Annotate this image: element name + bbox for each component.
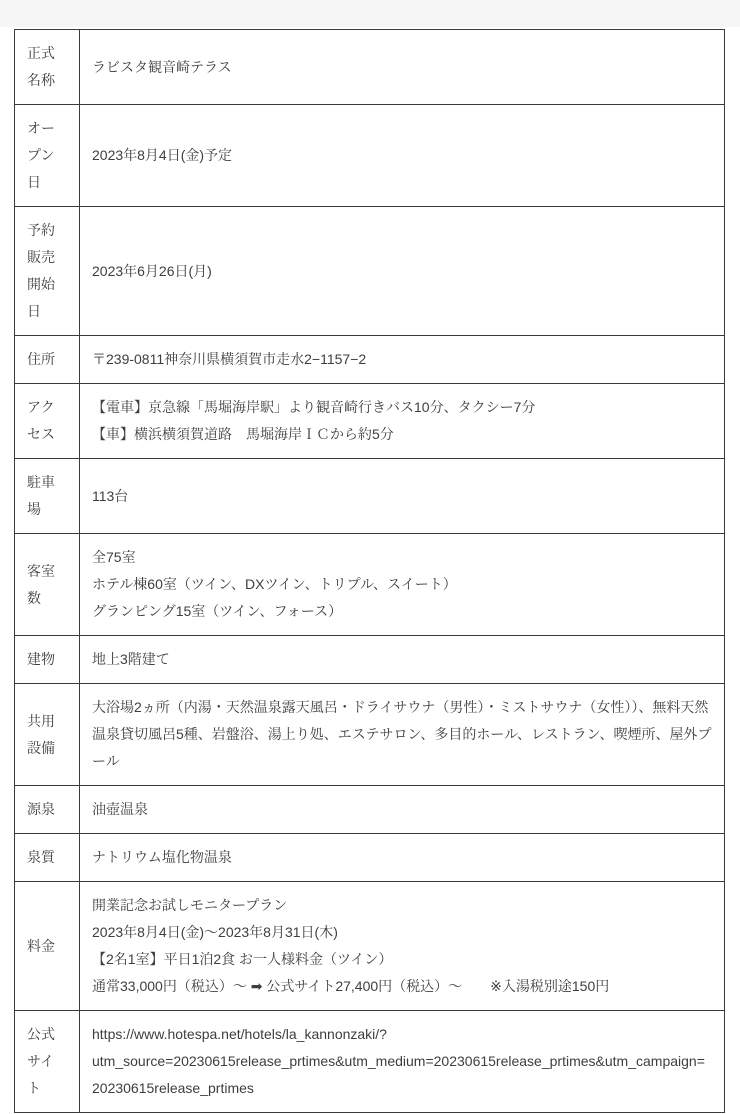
value-line: 2023年6月26日(月) — [92, 258, 712, 285]
value-line: 【車】横浜横須賀道路 馬堀海岸ＩＣから約5分 — [92, 421, 712, 448]
info-table-body: 正式名称 ラビスタ観音崎テラス オープン日 2023年8月4日(金)予定 予約販… — [15, 30, 725, 1113]
row-value: 2023年6月26日(月) — [80, 207, 725, 336]
row-label: 泉質 — [15, 834, 80, 882]
value-line: 油壺温泉 — [92, 796, 712, 823]
table-row: 源泉 油壺温泉 — [15, 786, 725, 834]
row-value: 113台 — [80, 459, 725, 534]
table-row: 泉質 ナトリウム塩化物温泉 — [15, 834, 725, 882]
value-line: ナトリウム塩化物温泉 — [92, 844, 712, 871]
table-row: 予約販売開始日 2023年6月26日(月) — [15, 207, 725, 336]
value-line: 【電車】京急線「馬堀海岸駅」より観音崎行きバス10分、タクシー7分 — [92, 394, 712, 421]
hotel-info-table: 正式名称 ラビスタ観音崎テラス オープン日 2023年8月4日(金)予定 予約販… — [14, 29, 725, 1113]
row-value: 油壺温泉 — [80, 786, 725, 834]
value-line: 【2名1室】平日1泊2食 お一人様料金（ツイン） — [92, 946, 712, 973]
row-label: 建物 — [15, 636, 80, 684]
value-line: 2023年8月4日(金)～2023年8月31日(木) — [92, 919, 712, 946]
row-value: 開業記念お試しモニタープラン2023年8月4日(金)～2023年8月31日(木)… — [80, 882, 725, 1011]
row-label: 正式名称 — [15, 30, 80, 105]
table-row: 料金 開業記念お試しモニタープラン2023年8月4日(金)～2023年8月31日… — [15, 882, 725, 1011]
value-line: 開業記念お試しモニタープラン — [92, 892, 712, 919]
table-row: 駐車場 113台 — [15, 459, 725, 534]
value-line: 2023年8月4日(金)予定 — [92, 142, 712, 169]
table-row: 公式サイト https://www.hotespa.net/hotels/la_… — [15, 1011, 725, 1113]
row-label: 料金 — [15, 882, 80, 1011]
page: 正式名称 ラビスタ観音崎テラス オープン日 2023年8月4日(金)予定 予約販… — [0, 0, 740, 1114]
row-value: 〒239-0811神奈川県横須賀市走水2−1157−2 — [80, 336, 725, 384]
table-container: 正式名称 ラビスタ観音崎テラス オープン日 2023年8月4日(金)予定 予約販… — [0, 27, 740, 1114]
table-row: アクセス 【電車】京急線「馬堀海岸駅」より観音崎行きバス10分、タクシー7分【車… — [15, 384, 725, 459]
row-value: https://www.hotespa.net/hotels/la_kannon… — [80, 1011, 725, 1113]
value-line: グランピング15室（ツイン、フォース） — [92, 598, 712, 625]
row-value: 大浴場2ヵ所（内湯・天然温泉露天風呂・ドライサウナ（男性）・ミストサウナ（女性）… — [80, 684, 725, 786]
row-label: アクセス — [15, 384, 80, 459]
row-label: 共用設備 — [15, 684, 80, 786]
row-label: オープン日 — [15, 105, 80, 207]
row-label: 駐車場 — [15, 459, 80, 534]
row-value: ラビスタ観音崎テラス — [80, 30, 725, 105]
value-line: 113台 — [92, 483, 712, 510]
row-label: 住所 — [15, 336, 80, 384]
value-line: 全75室 — [92, 544, 712, 571]
table-row: 建物 地上3階建て — [15, 636, 725, 684]
value-line: ホテル棟60室（ツイン、DXツイン、トリプル、スイート） — [92, 571, 712, 598]
row-value: 地上3階建て — [80, 636, 725, 684]
row-value: ナトリウム塩化物温泉 — [80, 834, 725, 882]
value-line: ラビスタ観音崎テラス — [92, 54, 712, 81]
value-line: 通常33,000円（税込）～ ➡ 公式サイト27,400円（税込）～ ※入湯税別… — [92, 973, 712, 1000]
table-row: 住所 〒239-0811神奈川県横須賀市走水2−1157−2 — [15, 336, 725, 384]
value-line: 〒239-0811神奈川県横須賀市走水2−1157−2 — [92, 346, 712, 373]
top-margin-band — [0, 0, 740, 27]
row-label: 源泉 — [15, 786, 80, 834]
row-label: 予約販売開始日 — [15, 207, 80, 336]
row-value: 【電車】京急線「馬堀海岸駅」より観音崎行きバス10分、タクシー7分【車】横浜横須… — [80, 384, 725, 459]
table-row: 正式名称 ラビスタ観音崎テラス — [15, 30, 725, 105]
value-line: https://www.hotespa.net/hotels/la_kannon… — [92, 1021, 712, 1102]
value-line: 大浴場2ヵ所（内湯・天然温泉露天風呂・ドライサウナ（男性）・ミストサウナ（女性）… — [92, 694, 712, 775]
row-label: 客室数 — [15, 534, 80, 636]
table-row: 客室数 全75室ホテル棟60室（ツイン、DXツイン、トリプル、スイート）グランピ… — [15, 534, 725, 636]
table-row: 共用設備 大浴場2ヵ所（内湯・天然温泉露天風呂・ドライサウナ（男性）・ミストサウ… — [15, 684, 725, 786]
row-value: 全75室ホテル棟60室（ツイン、DXツイン、トリプル、スイート）グランピング15… — [80, 534, 725, 636]
row-value: 2023年8月4日(金)予定 — [80, 105, 725, 207]
value-line: 地上3階建て — [92, 646, 712, 673]
row-label: 公式サイト — [15, 1011, 80, 1113]
table-row: オープン日 2023年8月4日(金)予定 — [15, 105, 725, 207]
